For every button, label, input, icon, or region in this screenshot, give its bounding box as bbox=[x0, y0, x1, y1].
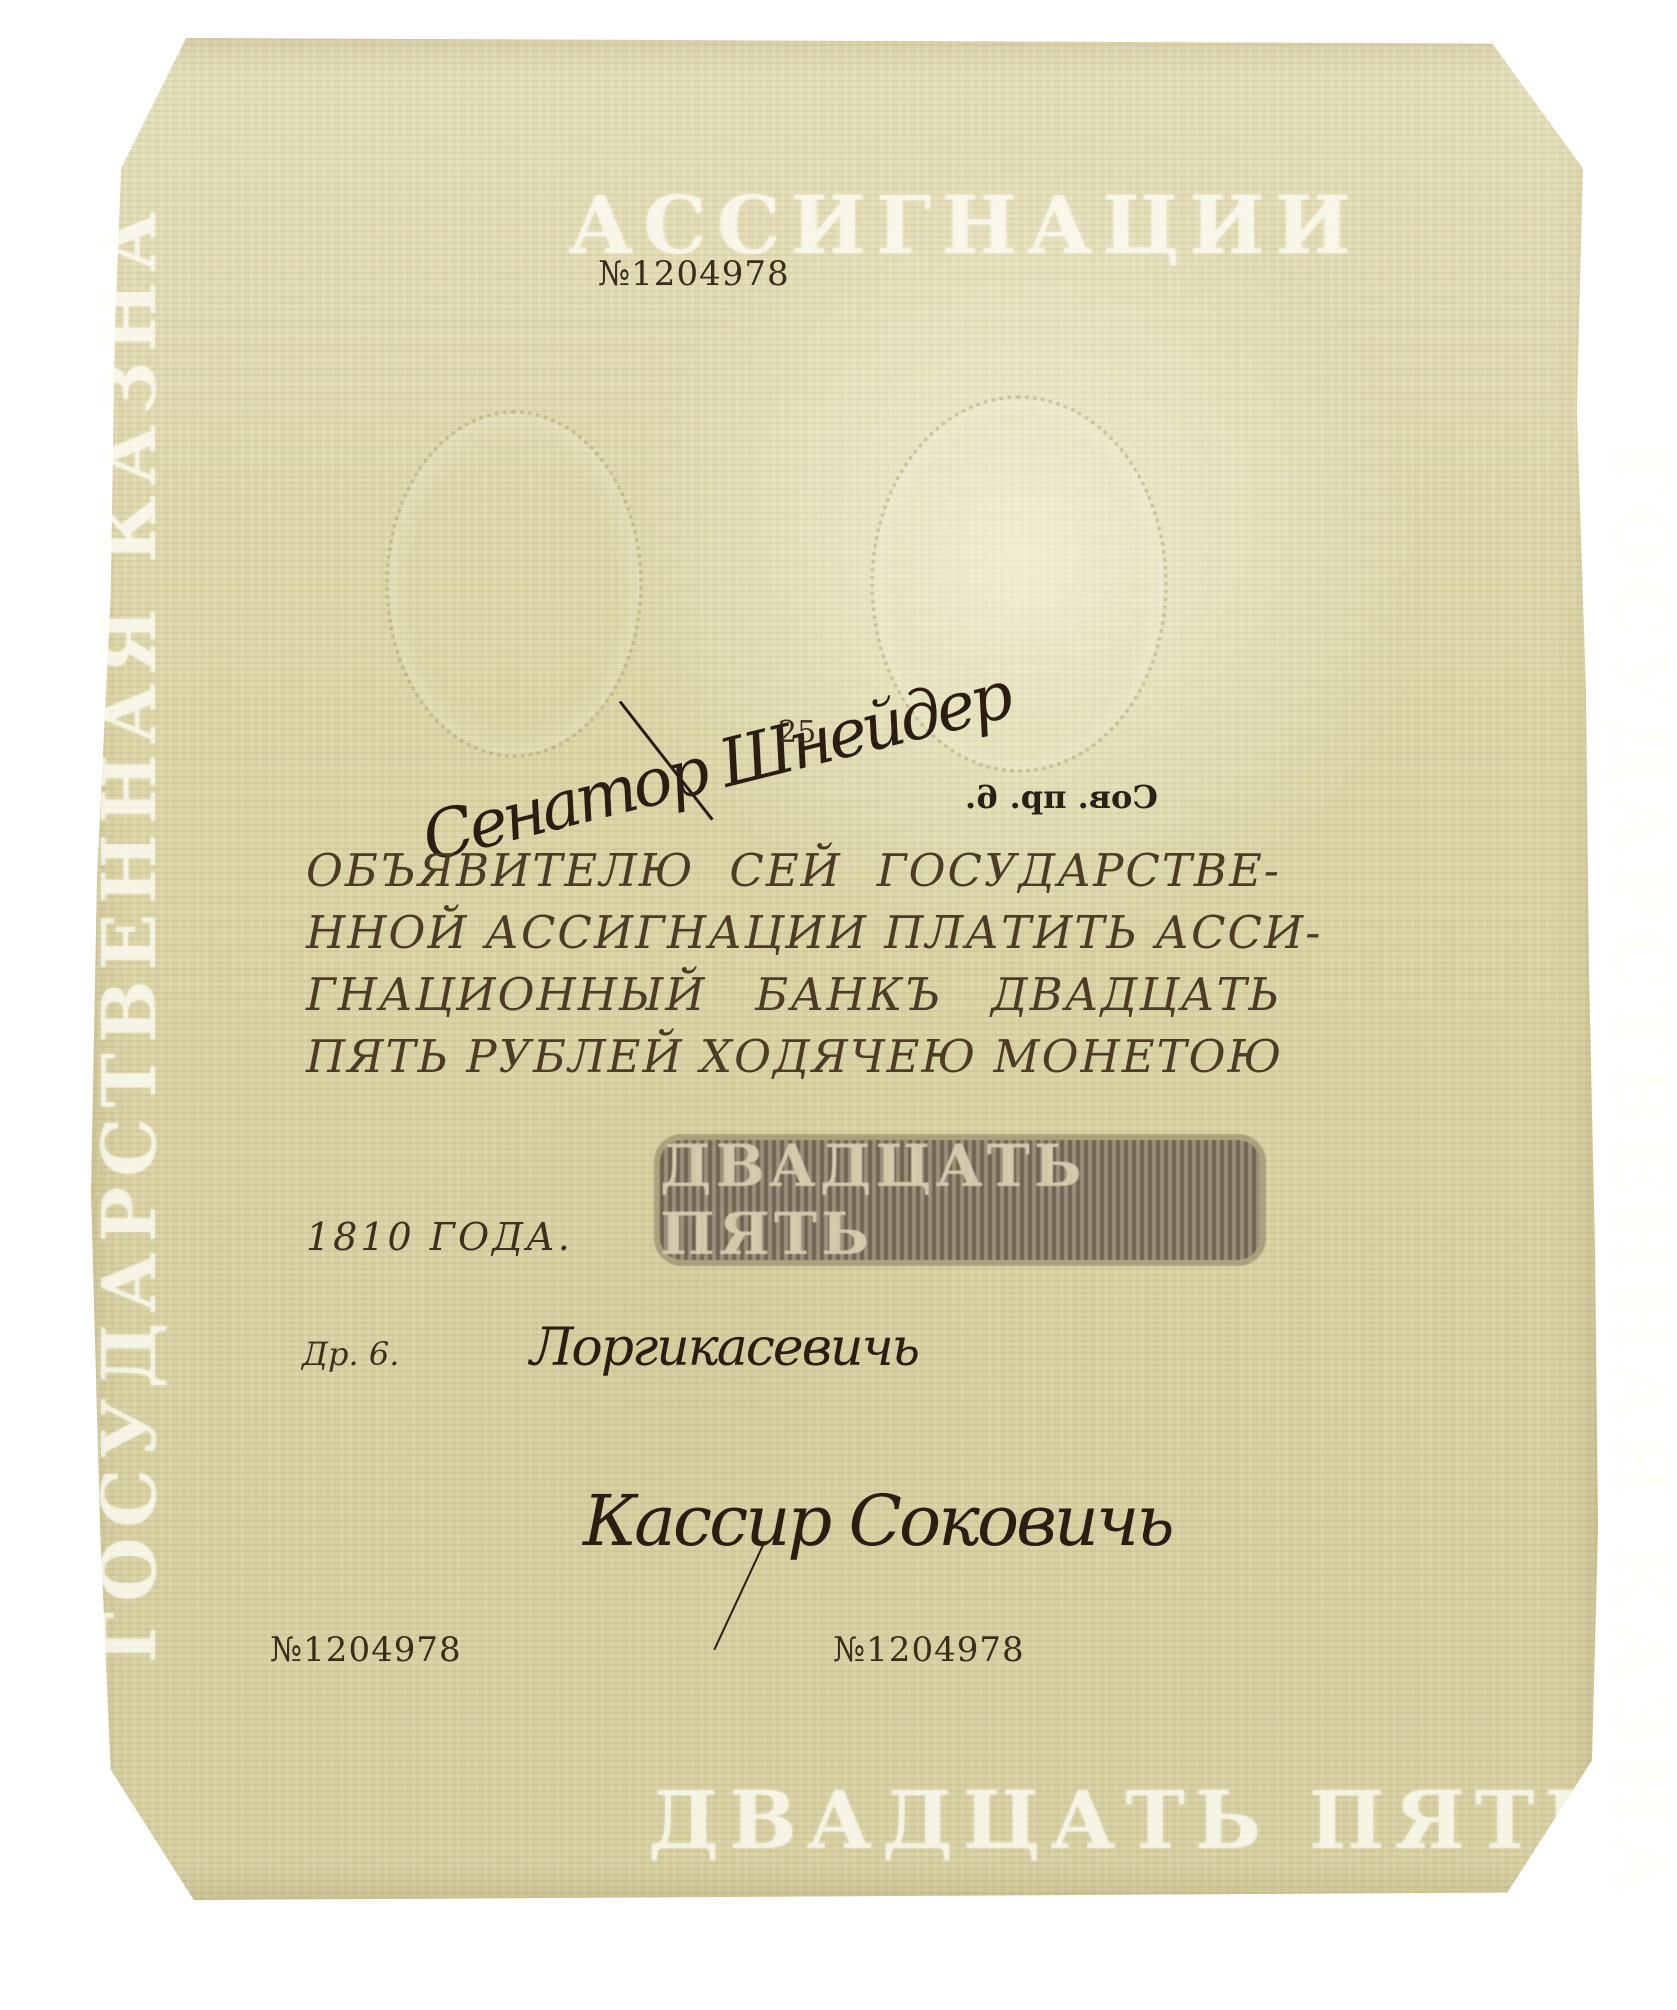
mirror-stamp: Сов. пр. 6. bbox=[965, 778, 1158, 816]
signature-bottom: Кассир Соковичь bbox=[583, 1480, 1172, 1562]
serial-number-bottom-right: №1204978 bbox=[833, 1630, 1025, 1670]
watermark-right-text: ГОСУДАРСТВЕННАЯ КАЗНА bbox=[1597, 443, 1677, 1643]
serial-number-bottom-left: №1204978 bbox=[270, 1630, 462, 1670]
body-line: ОБЪЯВИТЕЛЮ СЕЙ ГОСУДАРСТВЕ- bbox=[306, 840, 1281, 902]
watermark-oval-left bbox=[385, 410, 643, 758]
body-line: ПЯТЬ РУБЛЕЙ ХОДЯЧЕЮ МОНЕТОЮ bbox=[306, 1026, 1281, 1088]
watermark-left-text: ГОСУДАРСТВЕННАЯ КАЗНА bbox=[87, 463, 173, 1663]
body-line: ННОЙ АССИГНАЦИИ ПЛАТИТЬ АССИ- bbox=[306, 902, 1281, 964]
director-label: Др. 6. bbox=[302, 1335, 399, 1373]
denomination-stamp: ДВАДЦАТЬ ПЯТЬ bbox=[660, 1140, 1260, 1260]
signature-middle: Лоргикасевичь bbox=[530, 1318, 918, 1378]
watermark-bottom-text: ДВАДЦАТЬ ПЯТЬ bbox=[648, 1773, 1621, 1867]
year-line: 1810 ГОДА. bbox=[306, 1215, 573, 1259]
banknote-body-text: ОБЪЯВИТЕЛЮ СЕЙ ГОСУДАРСТВЕ- ННОЙ АССИГНА… bbox=[306, 840, 1281, 1088]
body-line: ГНАЦИОННЫЙ БАНКЪ ДВАДЦАТЬ bbox=[306, 964, 1281, 1026]
denomination-numeral: 25 bbox=[778, 715, 816, 750]
serial-number-top: №1204978 bbox=[598, 254, 790, 294]
